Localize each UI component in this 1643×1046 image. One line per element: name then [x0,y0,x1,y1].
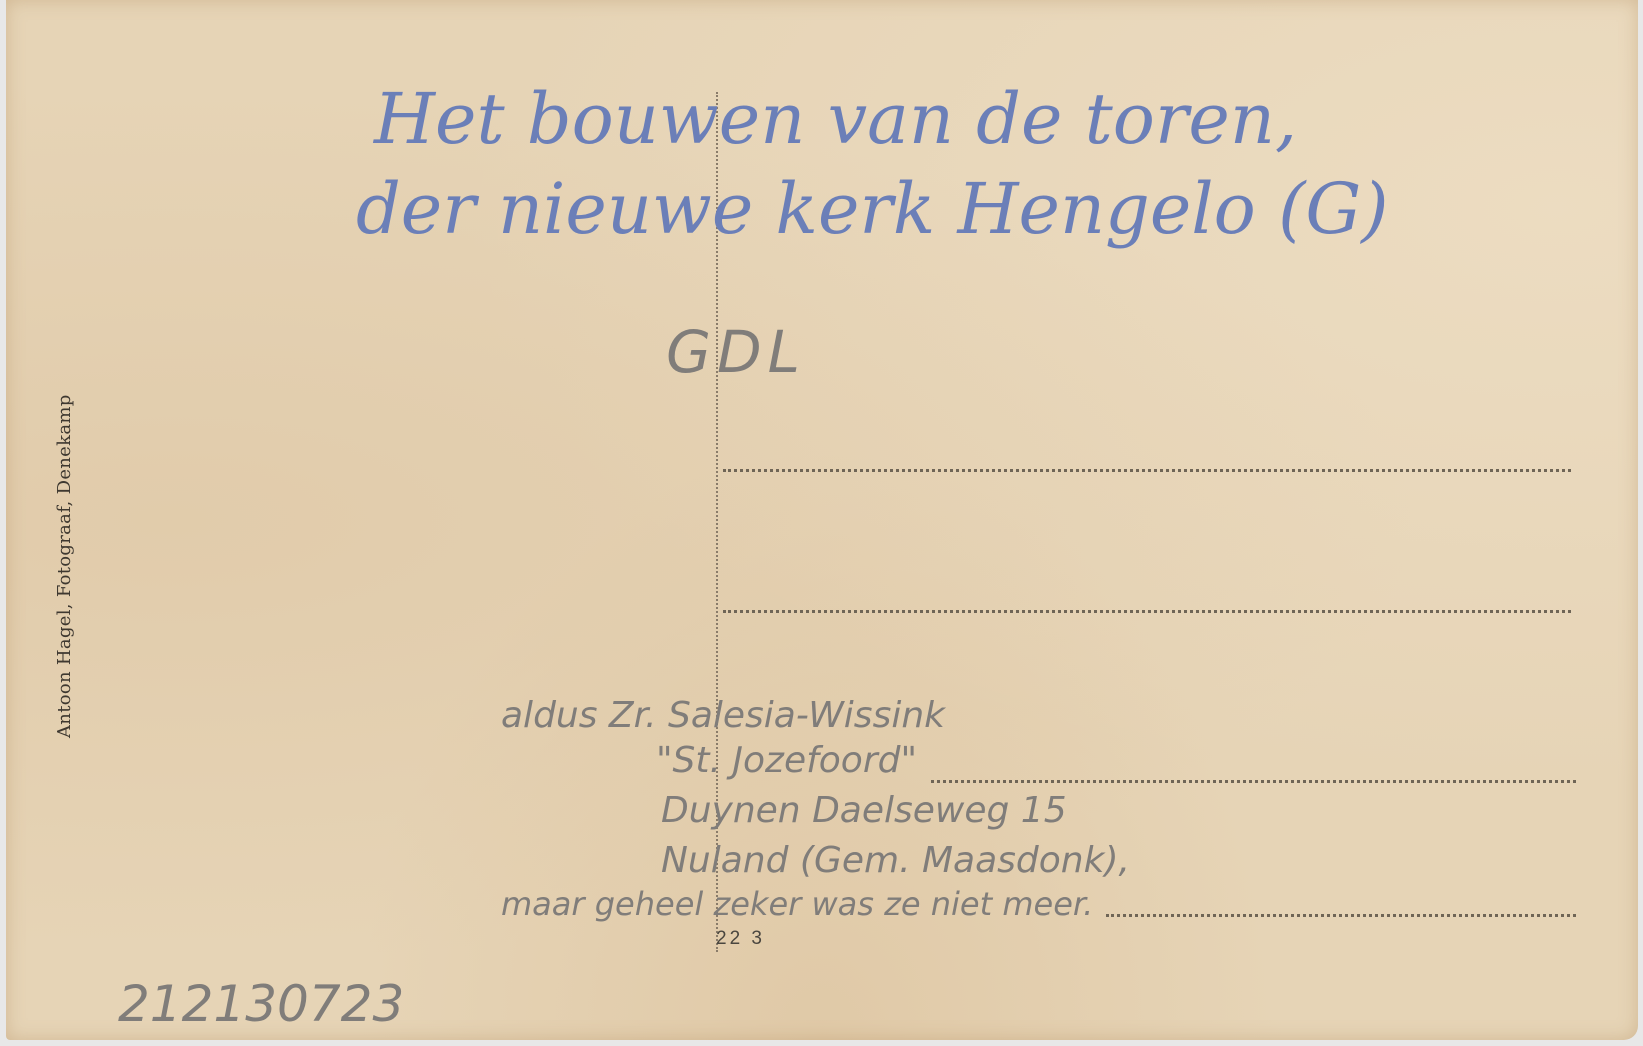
note-line-4: Nuland (Gem. Maasdonk), [661,840,1130,881]
note-line-3: Duynen Daelseweg 15 [661,790,1067,831]
note-line-1: aldus Zr. Salesia-Wissink [501,695,945,736]
address-line-3 [931,780,1576,783]
pencil-mark-gdl: GDL [666,318,806,386]
printed-number: 22 3 [716,928,765,950]
caption-line-2: der nieuwe kerk Hengelo (G) [356,168,1389,250]
publisher-imprint: Antoon Hagel, Fotograaf, Denekamp [54,394,75,738]
address-line-1 [723,469,1571,472]
postcard-back: Antoon Hagel, Fotograaf, Denekamp Het bo… [6,0,1638,1040]
note-line-5: maar geheel zeker was ze niet meer. [501,885,1093,923]
caption-line-1: Het bouwen van de toren, [374,78,1297,160]
note-line-2: "St. Jozefoord" [656,740,917,781]
address-line-2 [723,610,1571,613]
address-line-4 [1106,914,1576,917]
archive-number: 212130723 [118,975,404,1033]
